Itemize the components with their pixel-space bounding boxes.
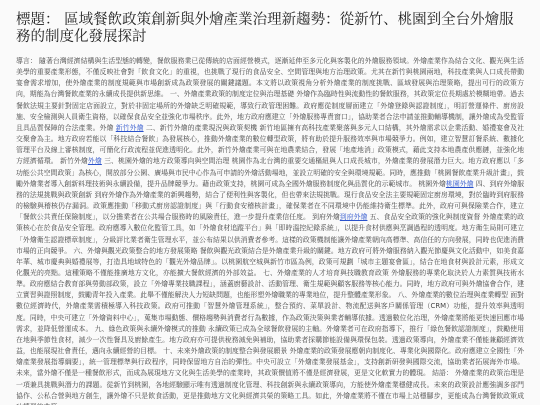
article-page: 標題： 區域餐飲政策創新與外燴產業治理新趨勢：從新竹、桃園到全台外燴服務的制度化… bbox=[0, 0, 540, 405]
body-text-segment: 導言： 隨著台灣經濟結構與生活型態的轉變，餐飲服務業已從傳統的店面經營模式，逐漸… bbox=[16, 57, 524, 132]
link-hsinchu-catering[interactable]: 新竹外燴 bbox=[116, 124, 144, 132]
article-title: 標題： 區域餐飲政策創新與外燴產業治理新趨勢：從新竹、桃園到全台外燴服務的制度化… bbox=[16, 12, 524, 46]
body-text-segment: 五、食品安全政策的強化與制度資督 外燴產業的政策核心在於食品安全管理。政府應導入… bbox=[16, 213, 524, 405]
link-home-catering[interactable]: 到府外燴 bbox=[340, 213, 368, 221]
article-body: 導言： 隨著台灣經濟結構與生活型態的轉變，餐飲服務業已從傳統的店面經營模式，逐漸… bbox=[16, 56, 524, 405]
link-taoyuan-catering[interactable]: 桃園外燴 bbox=[446, 180, 474, 188]
link-catering[interactable]: 外燴 bbox=[88, 157, 102, 165]
